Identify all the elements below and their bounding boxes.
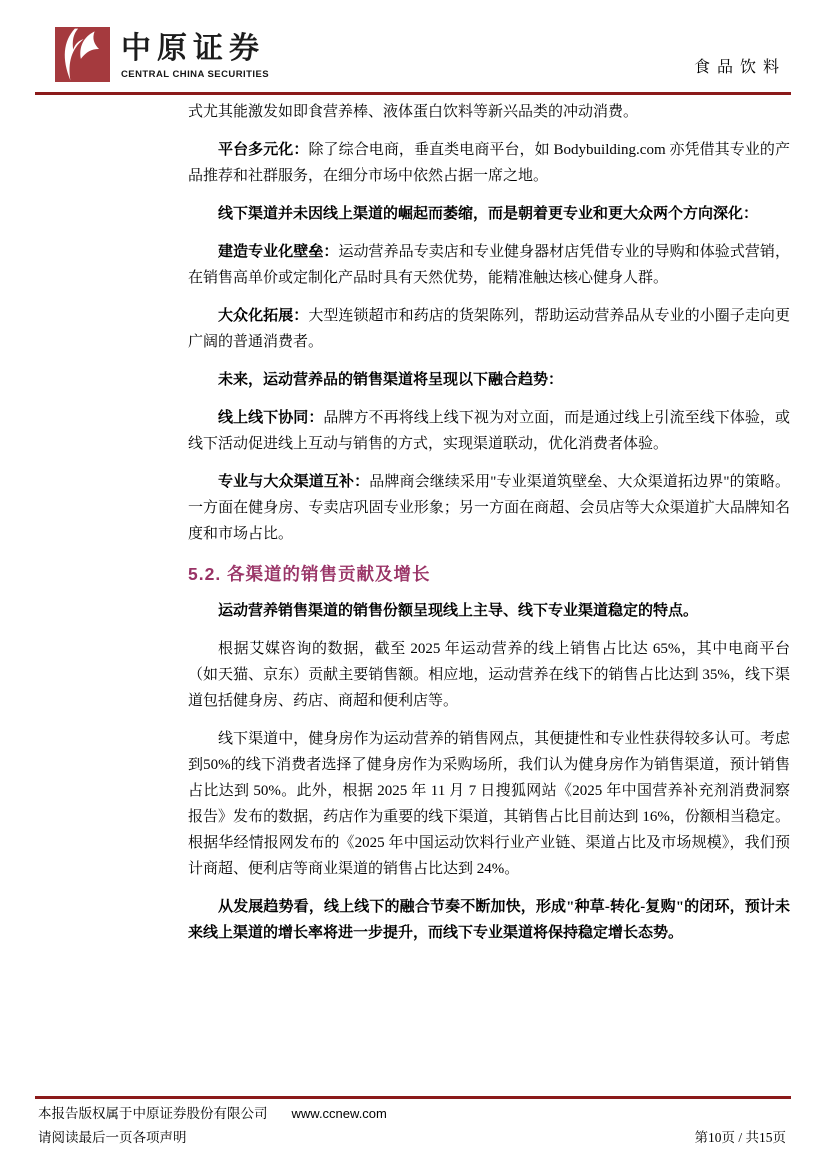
footer-divider [35,1096,791,1099]
paragraph-bold: 运动营养销售渠道的销售份额呈现线上主导、线下专业渠道稳定的特点。 [188,598,790,624]
logo-cn-title: 中原证券 [121,32,269,66]
paragraph-lead: 平台多元化： [218,142,308,158]
section-heading-5-2: 5.2. 各渠道的销售贡献及增长 [188,562,790,586]
logo-text: 中原证券 CENTRAL CHINA SECURITIES [121,26,269,80]
paragraph-bold: 线下渠道并未因线上渠道的崛起而萎缩，而是朝着更专业和更大众两个方向深化： [188,201,790,227]
paragraph: 根据艾媒咨询的数据，截至 2025 年运动营养的线上销售占比达 65%，其中电商… [188,636,790,714]
logo-mark-icon [55,26,110,83]
report-page: 中原证券 CENTRAL CHINA SECURITIES 食品饮料 式尤其能激… [0,0,827,1169]
page-total: 共15页 [746,1130,787,1145]
paragraph-lead: 大众化拓展： [218,308,308,324]
footer-copyright-line: 本报告版权属于中原证券股份有限公司www.ccnew.com [38,1102,387,1126]
paragraph: 平台多元化：除了综合电商，垂直类电商平台，如 Bodybuilding.com … [188,137,790,189]
website-link[interactable]: www.ccnew.com [292,1106,387,1121]
paragraph-bold: 未来，运动营养品的销售渠道将呈现以下融合趋势： [188,367,790,393]
paragraph: 线上线下协同：品牌方不再将线上线下视为对立面，而是通过线上引流至线下体验，或线下… [188,405,790,457]
copyright-text: 本报告版权属于中原证券股份有限公司 [38,1106,268,1121]
paragraph-continuation: 式尤其能激发如即食营养棒、液体蛋白饮料等新兴品类的冲动消费。 [188,99,790,125]
footer-notices: 本报告版权属于中原证券股份有限公司www.ccnew.com 请阅读最后一页各项… [38,1102,387,1150]
report-body: 式尤其能激发如即食营养棒、液体蛋白饮料等新兴品类的冲动消费。 平台多元化：除了综… [188,99,790,946]
paragraph-lead: 专业与大众渠道互补： [218,474,369,490]
industry-category-label: 食品饮料 [694,54,786,77]
logo-en-title: CENTRAL CHINA SECURITIES [121,69,269,80]
paragraph-bold: 从发展趋势看，线上线下的融合节奏不断加快，形成"种草-转化-复购"的闭环，预计未… [188,894,790,946]
page-current: 第10页 [694,1130,735,1145]
page-number: 第10页 / 共15页 [694,1126,786,1150]
page-separator: / [735,1130,746,1145]
paragraph: 大众化拓展：大型连锁超市和药店的货架陈列，帮助运动营养品从专业的小圈子走向更广阔… [188,303,790,355]
header-divider [35,92,791,95]
company-logo: 中原证券 CENTRAL CHINA SECURITIES [55,26,269,83]
paragraph: 线下渠道中，健身房作为运动营养的销售网点，其便捷性和专业性获得较多认可。考虑到5… [188,726,790,882]
paragraph: 专业与大众渠道互补：品牌商会继续采用"专业渠道筑壁垒、大众渠道拓边界"的策略。一… [188,469,790,547]
paragraph: 建造专业化壁垒：运动营养品专卖店和专业健身器材店凭借专业的导购和体验式营销，在销… [188,239,790,291]
paragraph-lead: 建造专业化壁垒： [218,244,338,260]
footer-disclaimer-line: 请阅读最后一页各项声明 [38,1126,387,1150]
paragraph-lead: 线上线下协同： [218,410,323,426]
